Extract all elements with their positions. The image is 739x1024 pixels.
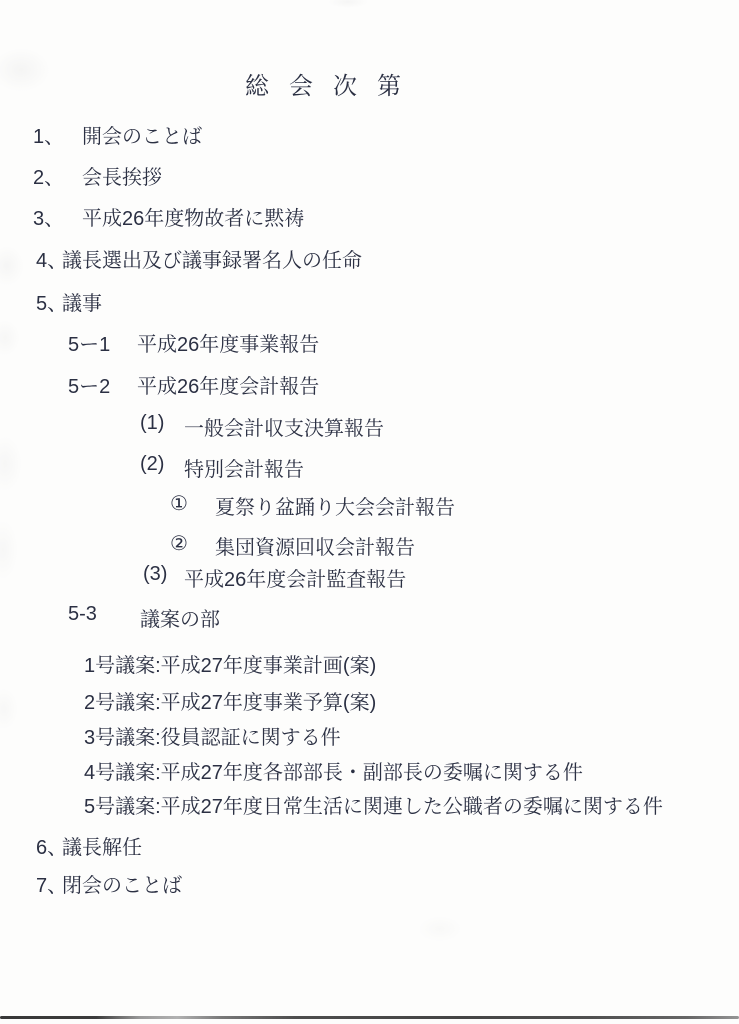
subitem-number: 5ー1	[68, 328, 110, 357]
scan-smudge	[0, 48, 50, 92]
bill-2: 2号議案:平成27年度事業予算(案)	[84, 686, 376, 715]
item-label: 会長挨拶	[82, 161, 162, 190]
report-number: (2)	[140, 453, 164, 476]
report-label: 集団資源回収会計報告	[215, 531, 415, 560]
scan-smudge	[0, 436, 22, 492]
report-label: 夏祭り盆踊り大会会計報告	[215, 491, 455, 520]
subitem-label: 平成26年度事業報告	[137, 328, 319, 357]
report-number: (1)	[140, 412, 164, 435]
bill-1: 1号議案:平成27年度事業計画(案)	[84, 649, 376, 678]
subitem-number: 5-3	[68, 603, 97, 626]
page-title: 総会次第	[245, 66, 421, 101]
scan-smudge	[328, 0, 368, 8]
scan-edge-line	[0, 1016, 739, 1019]
item-label: 平成26年度物故者に黙祷	[82, 202, 304, 231]
scan-smudge	[0, 688, 18, 730]
bill-5: 5号議案:平成27年度日常生活に関連した公職者の委嘱に関する件	[84, 790, 663, 819]
item-number: 3、	[33, 202, 64, 231]
scanned-agenda-page: 総会次第 1、 開会のことば 2、 会長挨拶 3、 平成26年度物故者に黙祷 4…	[0, 0, 739, 1024]
scan-smudge	[0, 246, 24, 286]
circled-number: ①	[170, 491, 188, 516]
subitem-number: 5ー2	[68, 370, 110, 399]
report-label: 特別会計報告	[184, 453, 304, 482]
item-label: 閉会のことば	[62, 869, 182, 898]
subitem-label: 議案の部	[140, 603, 220, 632]
item-label: 議長選出及び議事録署名人の任命	[62, 244, 362, 273]
item-label: 議長解任	[62, 831, 142, 860]
item-number: 2、	[33, 161, 64, 190]
report-label: 一般会計収支決算報告	[184, 412, 384, 441]
scan-smudge	[0, 320, 20, 356]
bill-4: 4号議案:平成27年度各部部長・副部長の委嘱に関する件	[84, 756, 583, 785]
item-number: 1、	[33, 120, 64, 149]
bill-3: 3号議案:役員認証に関する件	[84, 721, 341, 750]
item-label: 開会のことば	[82, 120, 202, 149]
circled-number: ②	[170, 531, 188, 556]
report-number: (3)	[143, 563, 167, 586]
report-label: 平成26年度会計監査報告	[184, 563, 406, 592]
item-label: 議事	[62, 287, 102, 316]
scan-smudge	[0, 520, 18, 580]
subitem-label: 平成26年度会計報告	[137, 370, 319, 399]
scan-smudge	[418, 916, 462, 942]
